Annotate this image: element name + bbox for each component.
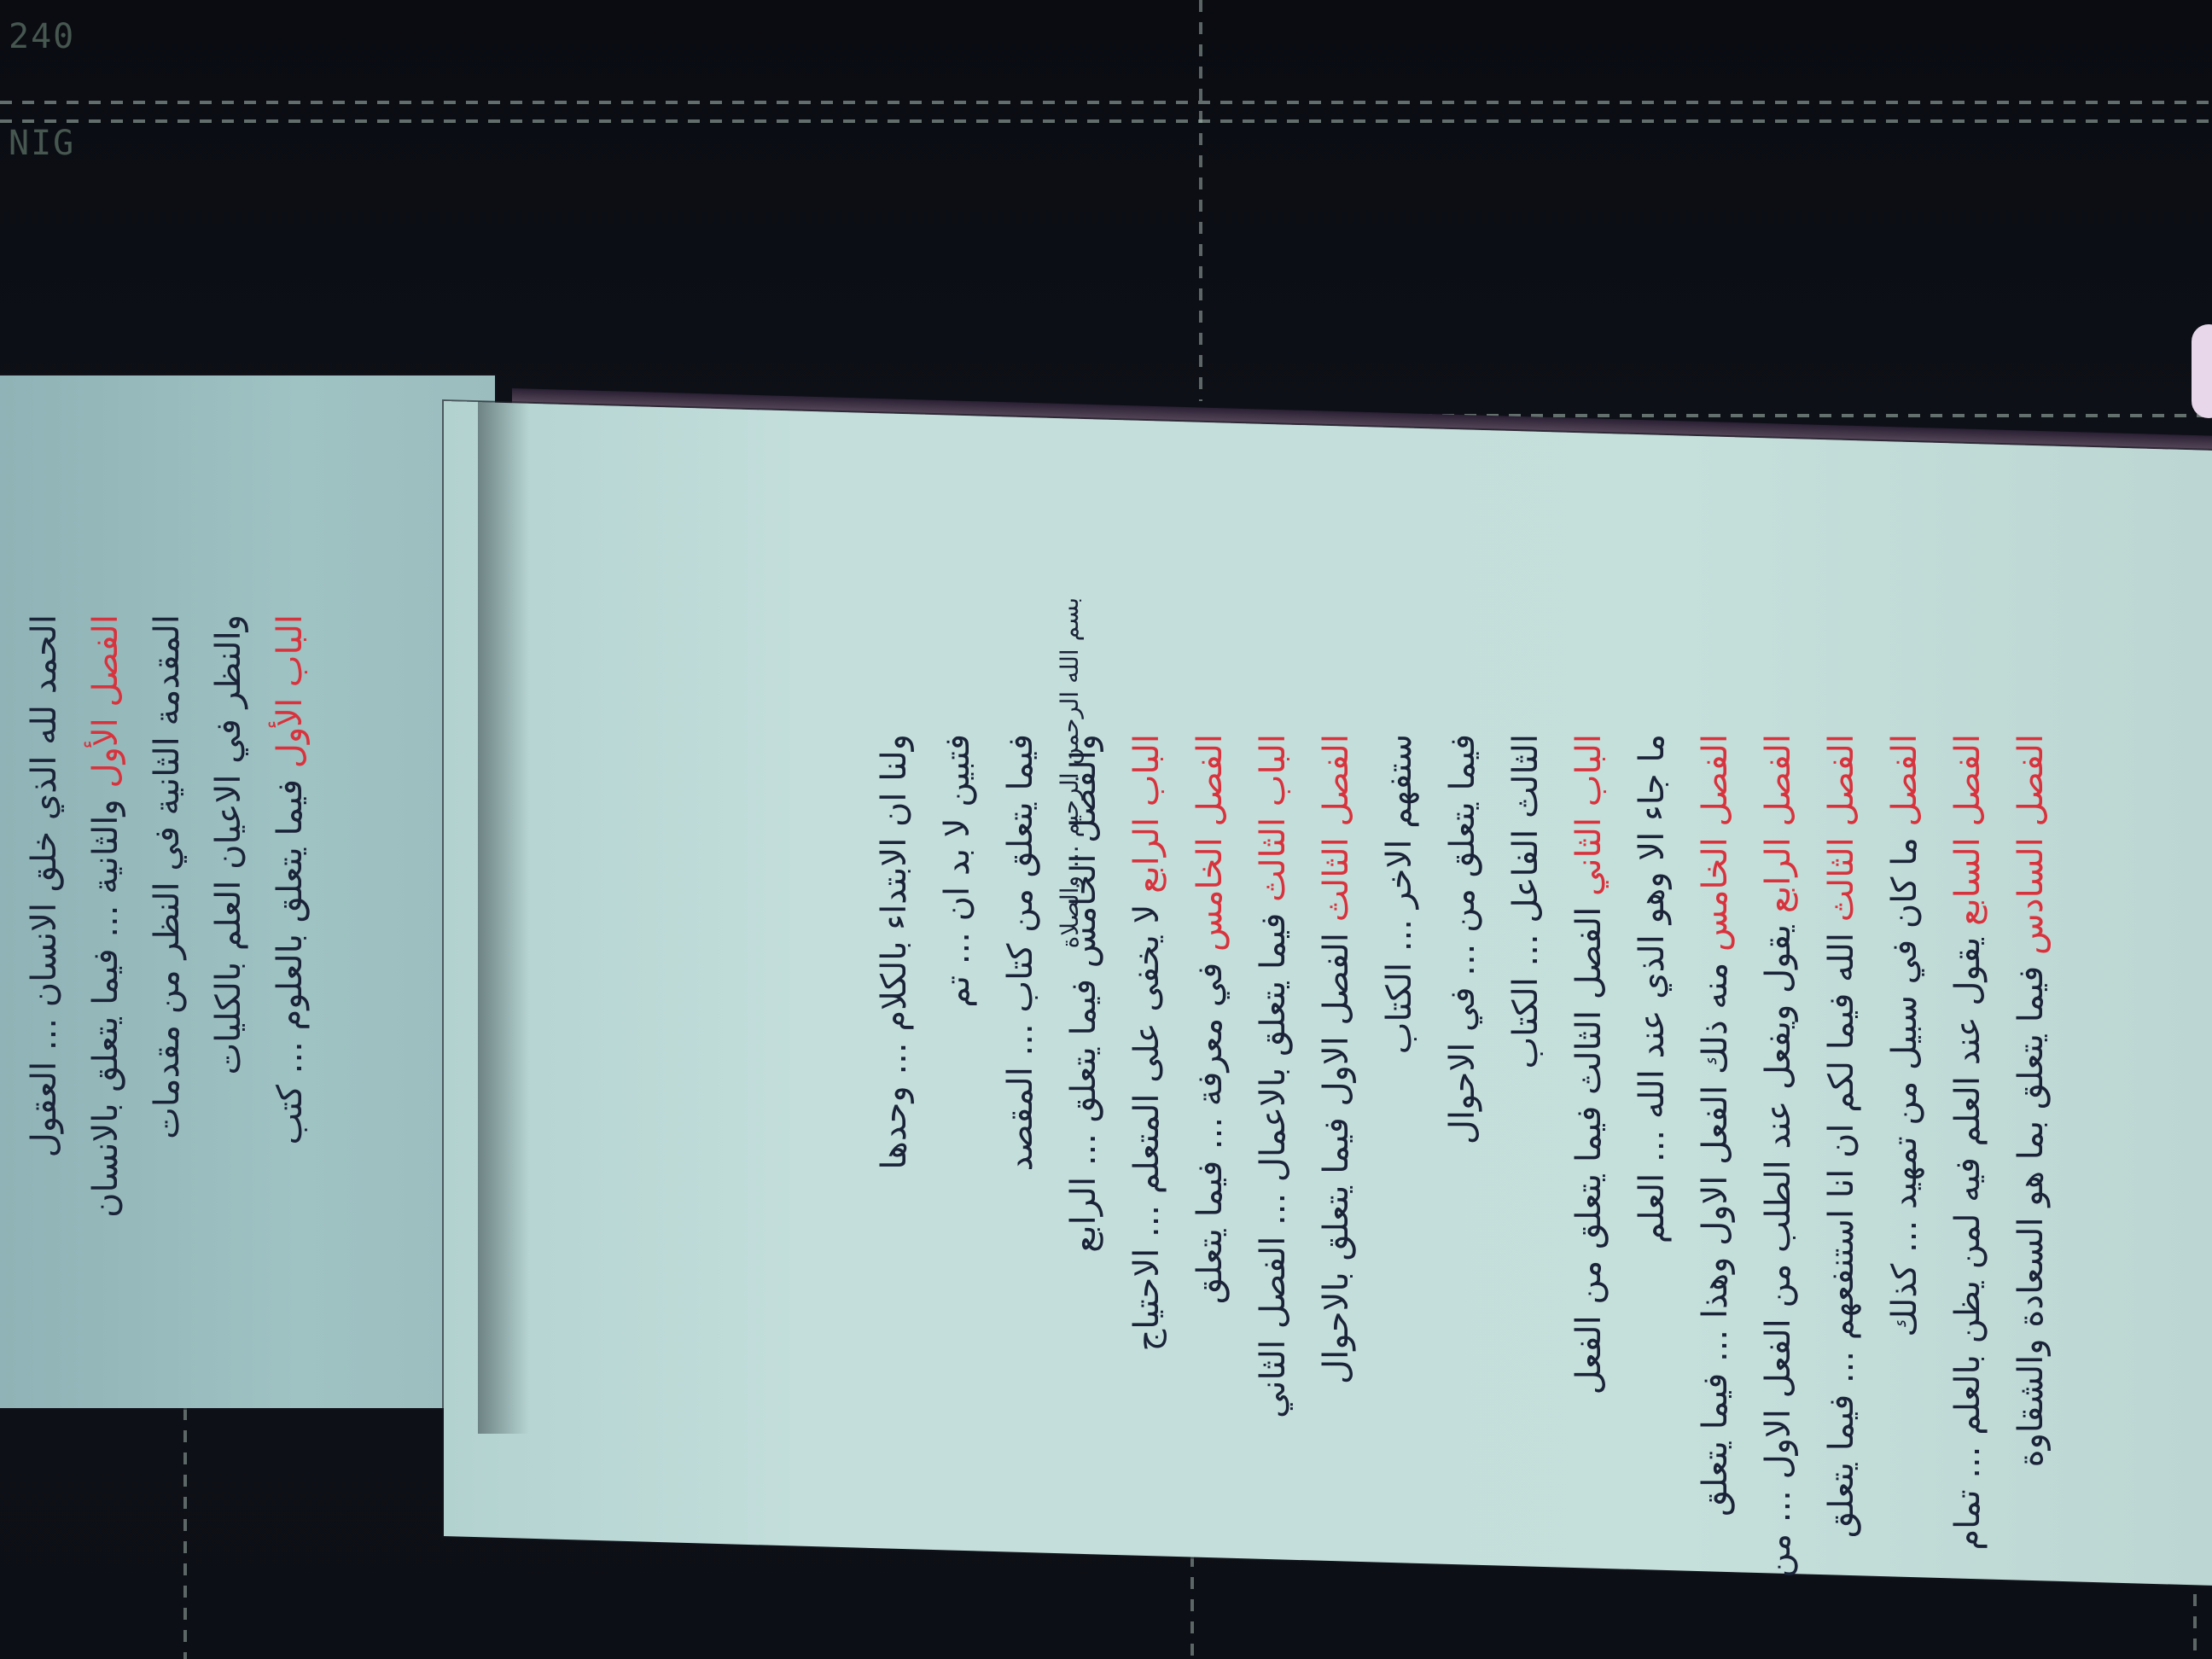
rubric-heading: الفصل الأول (86, 614, 125, 789)
rubric-heading: الباب الثاني (1569, 734, 1609, 896)
line-text: فيما يتعلق من ... في الاحوال (1443, 734, 1482, 1144)
rubric-heading: الفصل السادس (2011, 734, 2051, 955)
margin-note: بسم الله الرحمن الرحيم ... والصلاة (1058, 597, 1082, 948)
line-text: المقدمة الثانية في النظر من مقدمات (148, 614, 187, 1139)
line-text: لا يخفى على المتعلم ... الاحتياج (1127, 905, 1167, 1352)
mat-label: 240 (9, 17, 75, 56)
manuscript-line: ولنا ان الابتداء بالكلام ... وحدها (877, 734, 911, 1170)
manuscript-line: الفصل الثالث الفصل الاول فيما يتعلق بالا… (1319, 734, 1353, 1384)
manuscript-line: الباب الرابع لا يخفى على المتعلم ... الا… (1130, 734, 1164, 1352)
line-text: والثانية ... فيما يتعلق بالانسان (86, 799, 125, 1218)
rubric-heading: الباب الثالث (1254, 734, 1293, 902)
manuscript-line: الفصل ما كان في سبيل من تمهيد ... كذلك (1888, 734, 1922, 1337)
rubric-heading: الفصل الثالث (1822, 734, 1861, 922)
line-text: منه ذلك الفعل الاول وهذا ... فيما يتعلق (1696, 963, 1735, 1516)
line-text: يقول عند العلم فيه لمن يظن بالعلم ... تم… (1948, 937, 1988, 1551)
binding-fold (478, 401, 529, 1434)
finger-tip (2192, 324, 2212, 418)
line-text: ستفهم الاخر ... الكتاب (1380, 734, 1419, 1054)
line-text: الفصل الاول فيما يتعلق بالاحوال (1317, 933, 1356, 1384)
mat-grid-line (183, 1408, 187, 1659)
line-text: فيما يتعلق بما هو السعادة والشقاوة (2011, 966, 2051, 1468)
manuscript-line: الثالث الفاعل ... الكتاب (1509, 734, 1543, 1069)
manuscript-line: الفصل السادس فيما يتعلق بما هو السعادة و… (2014, 734, 2048, 1467)
manuscript-line: فيما يتعلق من كتاب ... المقصد (1004, 734, 1038, 1172)
manuscript-line: الفصل الخامس في معرفة ... فيما يتعلق (1193, 734, 1227, 1304)
manuscript-line: الباب الأول فيما يتعلق بالعلوم ... كتب (273, 614, 307, 1144)
rubric-heading: الفصل الرابع (1759, 734, 1798, 913)
line-text: الثالث الفاعل ... الكتاب (1506, 734, 1545, 1069)
line-text: فيما يتعلق بالعلوم ... كتب (271, 779, 310, 1144)
mat-label: NIG (9, 124, 75, 163)
manuscript-line: الفصل الثالث الله فيما لكم ان انا استنفع… (1825, 734, 1859, 1538)
rubric-heading: الباب الرابع (1127, 734, 1167, 894)
line-text: ما جاء الا وهو الذي عند الله ... العلم (1633, 734, 1672, 1243)
mat-grid-line (0, 119, 2212, 123)
line-text: فتبين لا بد ان ... تم (938, 734, 977, 1008)
manuscript-line: فيما يتعلق من ... في الاحوال (1446, 734, 1480, 1144)
manuscript-line: الحمد لله الذي خلق الانسان ... العقول (27, 614, 61, 1157)
line-text: ولنا ان الابتداء بالكلام ... وحدها (875, 734, 914, 1170)
line-text: فيما يتعلق بالاعمال ... الفصل الثاني (1254, 913, 1293, 1418)
rubric-heading: الفصل الخامس (1190, 734, 1230, 952)
rubric-heading: الفصل الخامس (1696, 734, 1735, 952)
manuscript-line: الفصل الأول والثانية ... فيما يتعلق بالا… (89, 614, 123, 1218)
mat-grid-line (0, 101, 2212, 104)
rubric-heading: الباب الأول (271, 614, 310, 768)
line-text: الله فيما لكم ان انا استنفعهم ... فيما ي… (1822, 933, 1861, 1538)
line-text: الفصل الثالث فيما يتعلق من الفعل (1569, 907, 1609, 1395)
line-text: ما كان في سبيل من تمهيد ... كذلك (1885, 837, 1924, 1336)
manuscript-line: فتبين لا بد ان ... تم (940, 734, 975, 1008)
line-text: فيما يتعلق من كتاب ... المقصد (1001, 734, 1040, 1172)
manuscript-line: الباب الثاني الفصل الثالث فيما يتعلق من … (1572, 734, 1606, 1394)
mat-grid-line (1199, 0, 1202, 401)
line-text: الحمد لله الذي خلق الانسان ... العقول (25, 614, 64, 1157)
line-text: في معرفة ... فيما يتعلق (1190, 963, 1230, 1304)
manuscript-line: والنظر في الاعيان العلم بالكليات (212, 614, 246, 1075)
manuscript-line: ما جاء الا وهو الذي عند الله ... العلم (1635, 734, 1669, 1243)
line-text: والنظر في الاعيان العلم بالكليات (209, 614, 248, 1075)
manuscript-line: الباب الثالث فيما يتعلق بالاعمال ... الف… (1256, 734, 1290, 1418)
line-text: يقول ويفعل عند الطلب من الفعل الاول ... … (1759, 924, 1798, 1578)
manuscript-line: الفصل الخامس منه ذلك الفعل الاول وهذا ..… (1698, 734, 1732, 1516)
manuscript-line: ستفهم الاخر ... الكتاب (1382, 734, 1417, 1054)
rubric-heading: الفصل (1885, 734, 1924, 827)
rubric-heading: الفصل السابع (1948, 734, 1988, 926)
manuscript-line: الفصل الرابع يقول ويفعل عند الطلب من الف… (1761, 734, 1796, 1578)
manuscript-line: المقدمة الثانية في النظر من مقدمات (150, 614, 184, 1139)
manuscript-line: الفصل السابع يقول عند العلم فيه لمن يظن … (1951, 734, 1985, 1551)
rubric-heading: الفصل الثالث (1317, 734, 1356, 922)
